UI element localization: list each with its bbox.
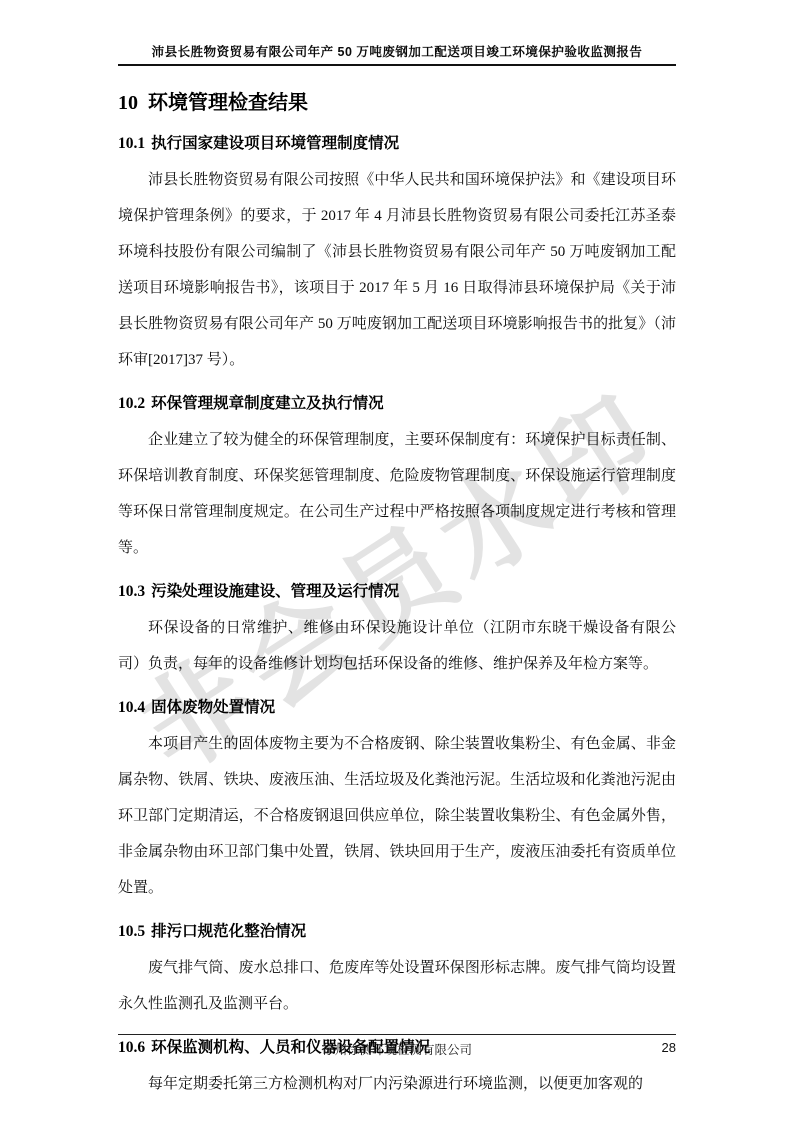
- section-paragraph: 环保设备的日常维护、维修由环保设施设计单位（江阴市东晓干燥设备有限公司）负责，每…: [118, 610, 676, 682]
- section-heading: 10.1执行国家建设项目环境管理制度情况: [118, 132, 676, 156]
- page-footer: 徐州徐测环境检测有限公司 28: [118, 1034, 676, 1058]
- footer-company-name: 徐州徐测环境检测有限公司: [118, 1040, 676, 1058]
- section-10-2: 10.2环保管理规章制度建立及执行情况 企业建立了较为健全的环保管理制度，主要环…: [118, 392, 676, 566]
- section-10-5: 10.5排污口规范化整治情况 废气排气筒、废水总排口、危废库等处设置环保图形标志…: [118, 920, 676, 1022]
- section-number: 10.2: [118, 395, 145, 412]
- page-header: 沛县长胜物资贸易有限公司年产 50 万吨废钢加工配送项目竣工环境保护验收监测报告: [118, 42, 676, 66]
- section-number: 10.4: [118, 699, 145, 716]
- section-paragraph: 本项目产生的固体废物主要为不合格废钢、除尘装置收集粉尘、有色金属、非金属杂物、铁…: [118, 726, 676, 906]
- section-heading-text: 排污口规范化整治情况: [151, 923, 306, 940]
- section-heading-text: 执行国家建设项目环境管理制度情况: [151, 135, 399, 152]
- section-heading: 10.2环保管理规章制度建立及执行情况: [118, 392, 676, 416]
- section-paragraph: 废气排气筒、废水总排口、危废库等处设置环保图形标志牌。废气排气筒均设置永久性监测…: [118, 950, 676, 1022]
- section-paragraph: 沛县长胜物资贸易有限公司按照《中华人民共和国环境保护法》和《建设项目环境保护管理…: [118, 162, 676, 378]
- document-page: 沛县长胜物资贸易有限公司年产 50 万吨废钢加工配送项目竣工环境保护验收监测报告…: [0, 0, 793, 1122]
- section-heading: 10.3污染处理设施建设、管理及运行情况: [118, 580, 676, 604]
- page-number: 28: [662, 1040, 676, 1055]
- section-10-4: 10.4固体废物处置情况 本项目产生的固体废物主要为不合格废钢、除尘装置收集粉尘…: [118, 696, 676, 906]
- section-10-1: 10.1执行国家建设项目环境管理制度情况 沛县长胜物资贸易有限公司按照《中华人民…: [118, 132, 676, 378]
- section-heading-text: 固体废物处置情况: [151, 699, 275, 716]
- section-heading: 10.4固体废物处置情况: [118, 696, 676, 720]
- running-header-title: 沛县长胜物资贸易有限公司年产 50 万吨废钢加工配送项目竣工环境保护验收监测报告: [118, 42, 676, 60]
- chapter-title: 10环境管理检查结果: [118, 88, 676, 118]
- section-number: 10.5: [118, 923, 145, 940]
- document-body: 10环境管理检查结果 10.1执行国家建设项目环境管理制度情况 沛县长胜物资贸易…: [118, 88, 676, 1102]
- section-heading-text: 环保管理规章制度建立及执行情况: [151, 395, 384, 412]
- section-heading-text: 污染处理设施建设、管理及运行情况: [151, 583, 399, 600]
- section-heading: 10.5排污口规范化整治情况: [118, 920, 676, 944]
- section-10-3: 10.3污染处理设施建设、管理及运行情况 环保设备的日常维护、维修由环保设施设计…: [118, 580, 676, 682]
- section-number: 10.1: [118, 135, 145, 152]
- chapter-number: 10: [118, 92, 138, 114]
- section-paragraph: 企业建立了较为健全的环保管理制度，主要环保制度有：环境保护目标责任制、环保培训教…: [118, 422, 676, 566]
- section-paragraph: 每年定期委托第三方检测机构对厂内污染源进行环境监测，以便更加客观的: [118, 1066, 676, 1102]
- section-number: 10.3: [118, 583, 145, 600]
- chapter-title-text: 环境管理检查结果: [148, 92, 308, 114]
